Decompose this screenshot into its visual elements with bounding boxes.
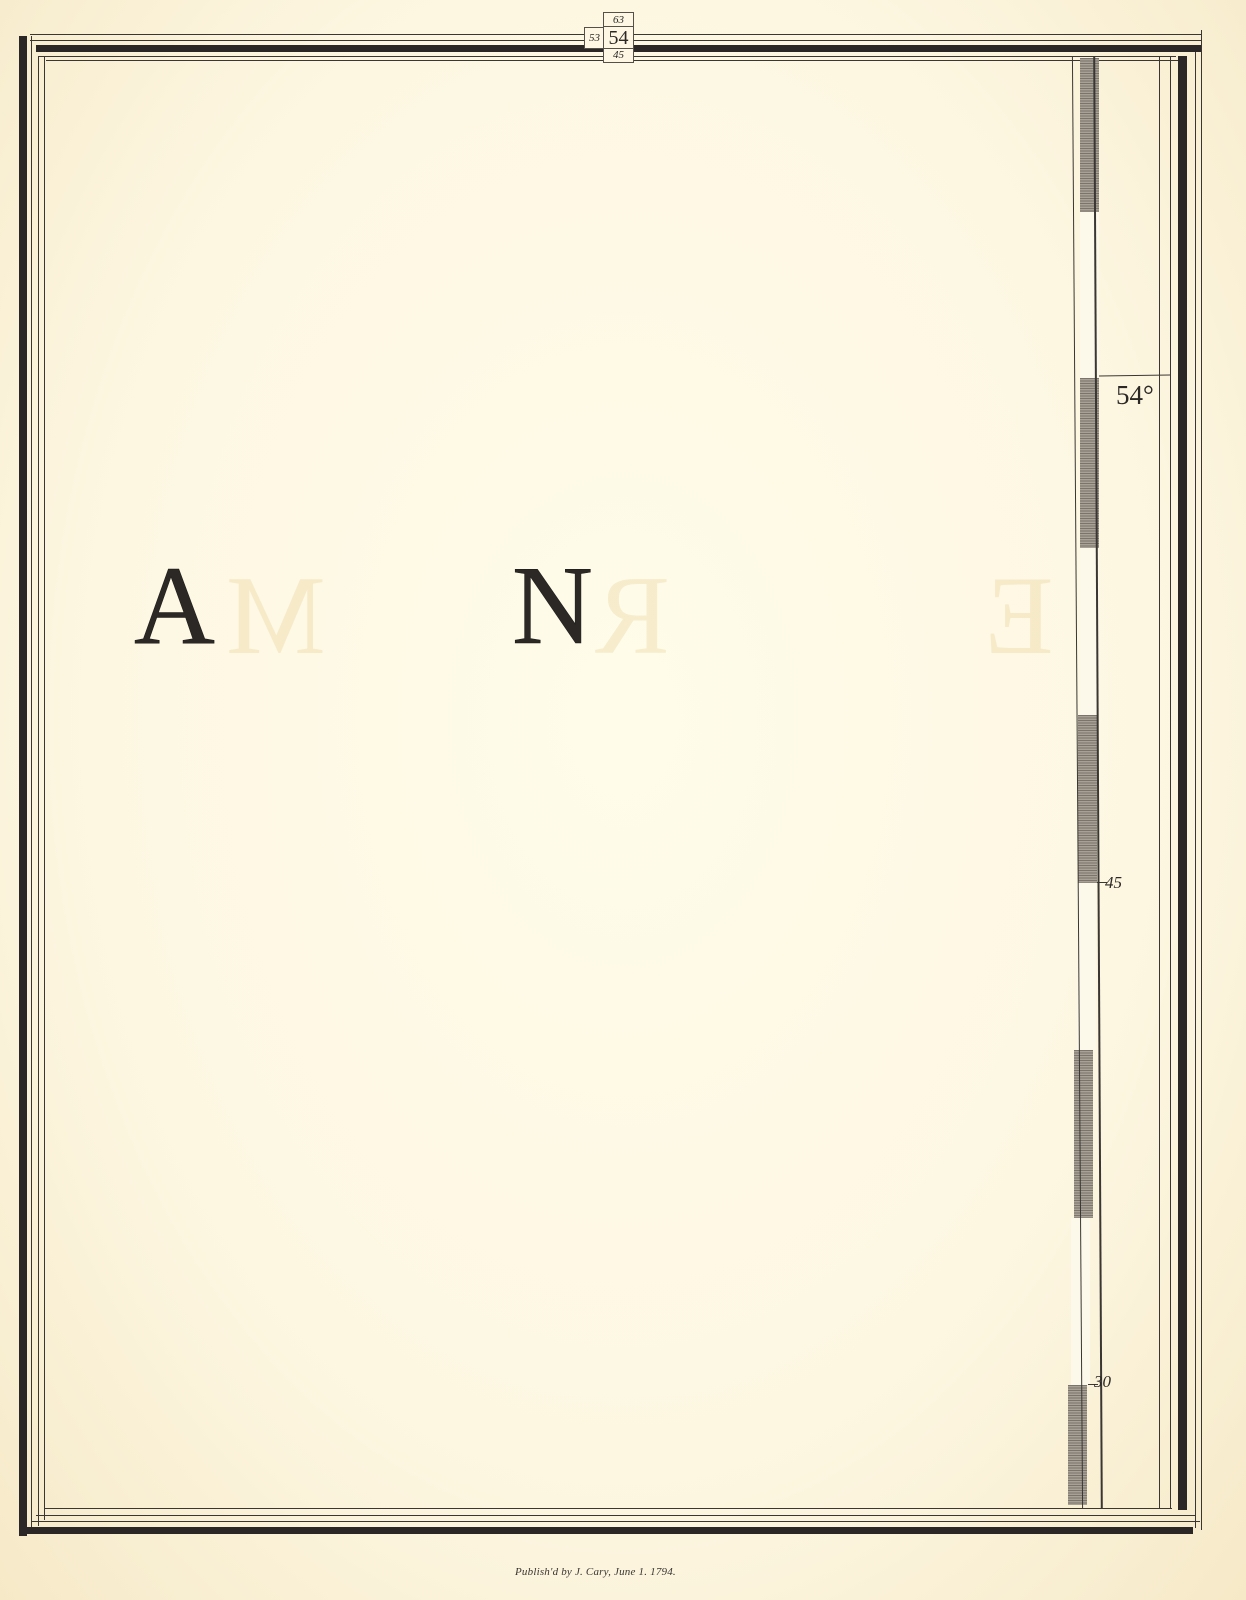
sheet-current-number: 54 xyxy=(609,27,629,49)
frame-bottom-thin-2 xyxy=(32,1521,1200,1522)
sheet-index-south: 45 xyxy=(603,48,634,63)
sheet-north-number: 63 xyxy=(613,14,624,26)
scale-segment xyxy=(1068,1385,1087,1505)
frame-right-thick xyxy=(1178,56,1187,1510)
frame-bottom-inner xyxy=(44,1508,1172,1509)
frame-right-thin-1 xyxy=(1159,56,1160,1508)
sheet-south-number: 45 xyxy=(613,49,624,61)
sheet-index-west: 53 xyxy=(584,27,605,49)
frame-right-thin-2 xyxy=(1170,56,1171,1508)
frame-left-thin-2 xyxy=(38,56,39,1526)
scale-segment xyxy=(1074,1050,1093,1218)
latitude-label: 54° xyxy=(1116,380,1154,411)
scale-segment xyxy=(1078,715,1097,883)
frame-left-thin-1 xyxy=(31,36,32,1531)
offset-letter-m: M xyxy=(226,560,326,672)
frame-bottom-thick xyxy=(19,1527,1193,1534)
frame-left-thin-3 xyxy=(44,56,45,1520)
scale-segment xyxy=(1080,58,1099,212)
scale-tick-label-45: 45 xyxy=(1105,873,1122,893)
frame-left-thick xyxy=(19,36,27,1536)
scale-segment xyxy=(1077,883,1096,1050)
sheet-index-current: 54 xyxy=(603,26,634,50)
scale-tick-label-30: 30 xyxy=(1094,1372,1111,1392)
frame-bottom-thin-1 xyxy=(36,1515,1196,1516)
region-letter-a: A xyxy=(134,550,215,662)
offset-letter-r: R xyxy=(595,560,670,672)
region-letter-n: N xyxy=(512,550,593,662)
sheet-west-number: 53 xyxy=(589,32,600,44)
frame-right-outer xyxy=(1201,30,1202,1530)
publisher-imprint: Publish'd by J. Cary, June 1. 1794. xyxy=(515,1566,676,1578)
offset-letter-e: E xyxy=(985,560,1053,672)
map-paper xyxy=(0,0,1246,1600)
frame-right-outer-2 xyxy=(1195,52,1196,1528)
